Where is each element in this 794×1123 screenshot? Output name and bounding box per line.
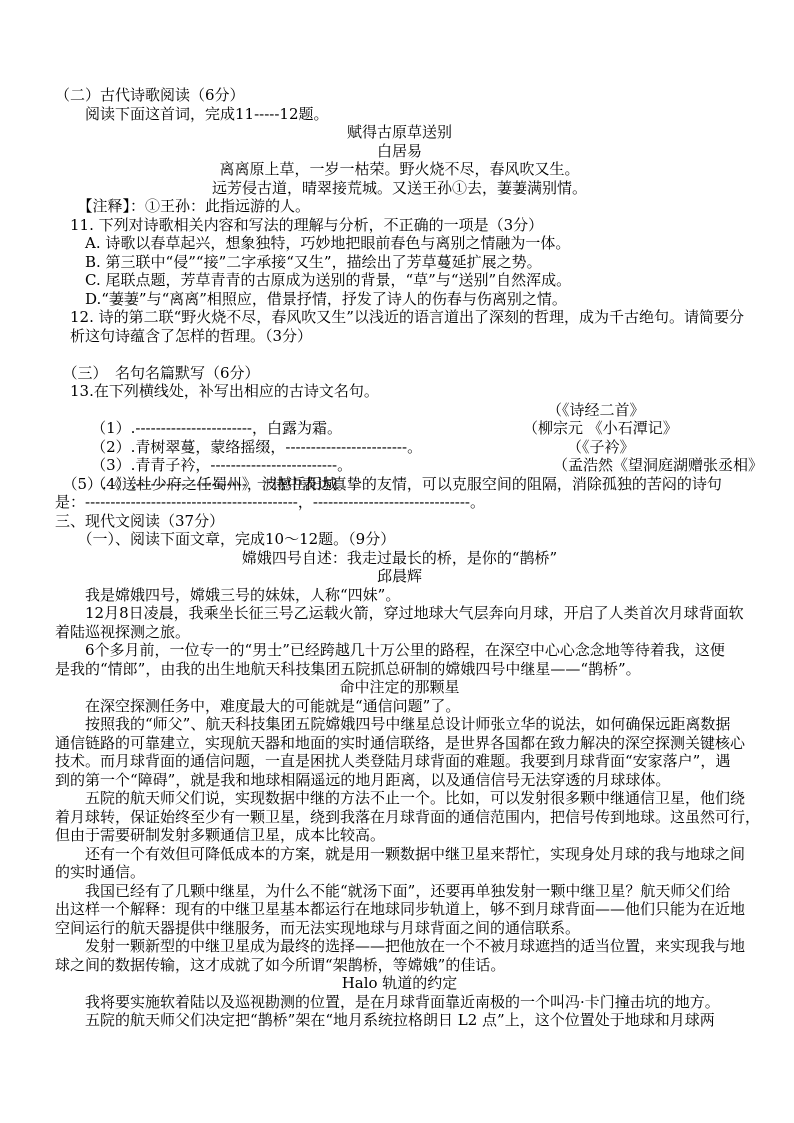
poem-note: 【注释】：①王孙：此指远游的人。	[55, 197, 744, 216]
article-line: 还有一个有效但可降低成本的方案，就是用一颗数据中继卫星来帮忙，实现身处月球的我与…	[55, 845, 744, 864]
article-line: 着陆巡视探测之旅。	[55, 623, 744, 642]
article-line: 五院的航天师父们决定把“鹊桥”架在“地月系统拉格朗日 L2 点”上，这个位置处于…	[55, 1011, 744, 1030]
article-subheading-1: 命中注定的那颗星	[55, 678, 744, 697]
article-line: 出这样一个解释：现有的中继卫星基本都运行在地球同步轨道上，够不到月球背面——他们…	[55, 900, 744, 919]
question-11-option-b: B. 第三联中“侵”“接”二字承接“又生”，描绘出了芳草蔓延扩展之势。	[55, 253, 744, 272]
article-line: 按照我的“师父”、航天科技集团五院嫦娥四号中继星总设计师张立华的说法，如何确保远…	[55, 715, 744, 734]
article-line: 通信链路的可靠建立，实现航天器和地面的实时通信联络，是世界各国都在致力解决的深空…	[55, 734, 744, 753]
article-line: 五院的航天师父们说，实现数据中继的方法不止一个。比如，可以发射很多颗中继通信卫星…	[55, 789, 744, 808]
question-11-option-a: A. 诗歌以春草起兴，想象独特，巧妙地把眼前春色与离别之情融为一体。	[55, 234, 744, 253]
article-line: 空间运行的航天器提供中继服务，而无法实现地球与月球背面之间的通信联系。	[55, 919, 744, 938]
poetry-instruction: 阅读下面这首词，完成11-----12题。	[55, 105, 744, 124]
question-11: 11. 下列对诗歌相关内容和写法的理解与分析，不正确的一项是（3分）	[55, 216, 744, 235]
question-11-option-c: C. 尾联点题，芳草青青的古原成为送别的背景，“草”与“送别”自然浑成。	[55, 271, 744, 290]
article-line: 是我的“情郎”，由我的出生地航天科技集团五院抓总研制的嫦娥四号中继星——“鹊桥”…	[55, 660, 744, 679]
dictation-source: （柳宗元 《小石潭记》	[523, 419, 678, 438]
dictation-item-4: （4）.----------------------，波撼岳阳城。 （孟浩然《望…	[55, 456, 744, 475]
article-title: 嫦娥四号自述：我走过最长的桥，是你的“鹊桥”	[55, 549, 744, 568]
poem-title: 赋得古原草送别	[55, 123, 744, 142]
poem-line: 远芳侵古道，晴翠接荒城。又送王孙①去，萋萋满别情。	[55, 179, 744, 198]
section-heading-dictation: （三） 名句名篇默写（6分）	[55, 364, 744, 383]
poem-line: 离离原上草，一岁一枯荣。野火烧不尽，春风吹又生。	[55, 160, 744, 179]
section-heading-modern-reading: 三、现代文阅读（37分）	[55, 512, 744, 531]
article-line: 着月球转，保证始终至少有一颗卫星，绕到我落在月球背面的通信范围内，把信号传到地球…	[55, 808, 744, 827]
dictation-item-2: （2）.青树翠蔓，蒙络摇缀，------------------------。 …	[55, 419, 744, 438]
question-12-line-1: 12. 诗的第二联“野火烧不尽，春风吹又生”以浅近的语言道出了深刻的哲理，成为千…	[55, 308, 744, 327]
article-line: 我国已经有了几颗中继星，为什么不能“就汤下面”，还要再单独发射一颗中继卫星？航天…	[55, 882, 744, 901]
article-line: 到的第一个“障碍”，就是我和地球相隔遥远的地月距离，以及通信信号无法穿透的月球球…	[55, 771, 744, 790]
dictation-source: （孟浩然《望洞庭湖赠张丞相》	[553, 456, 763, 475]
article-line: 球之间的数据传输，这才成就了如今所谓“架鹊桥，等嫦娥”的佳话。	[55, 956, 744, 975]
article-line: 12月8日凌晨，我乘坐长征三号乙运载火箭，穿过地球大气层奔向月球，开启了人类首次…	[55, 604, 744, 623]
article-line: 发射一颗新型的中继卫星成为最终的选择——把他放在一个不被月球遮挡的适当位置，来实…	[55, 937, 744, 956]
reading-instruction: （一）、阅读下面文章，完成10～12题。（9分）	[55, 530, 744, 549]
dictation-item-5-line-2: 是：--------------------------------------…	[55, 493, 744, 512]
article-line: 但由于需要研制发射多颗通信卫星，成本比较高。	[55, 826, 744, 845]
dictation-source: （《诗经二首》	[547, 401, 645, 420]
article-line: 我将要实施软着陆以及巡视勘测的位置，是在月球背面靠近南极的一个叫冯·卡门撞击坑的…	[55, 993, 744, 1012]
dictation-source: （《子衿》	[567, 438, 635, 457]
poem-author: 白居易	[55, 142, 744, 161]
article-line: 我是嫦娥四号，嫦娥三号的妹妹，人称“四妹”。	[55, 586, 744, 605]
article-line: 技术。而月球背面的通信问题，一直是困扰人类登陆月球背面的难题。我要到月球背面“安…	[55, 752, 744, 771]
article-author: 邱晨辉	[55, 567, 744, 586]
section-heading-ancient-poetry: （二）古代诗歌阅读（6分）	[55, 86, 744, 105]
article-line: 6个多月前，一位专一的“男士”已经跨越几十万公里的路程，在深空中心心念念地等待着…	[55, 641, 744, 660]
dictation-item-3: （3）.青青子衿，-------------------------。 （《子衿…	[55, 438, 744, 457]
dictation-item-1: （1）.-----------------------，白露为霜。 （《诗经二首…	[55, 401, 744, 420]
dictation-item-5-line-1: （5）.《送杜少府之任蜀州》一诗中表达真挚的友情，可以克服空间的阻隔，消除孤独的…	[55, 475, 744, 494]
question-13: 13.在下列横线处，补写出相应的古诗文名句。	[55, 382, 744, 401]
document-page: （二）古代诗歌阅读（6分） 阅读下面这首词，完成11-----12题。 赋得古原…	[0, 0, 794, 1123]
blank-line	[55, 345, 744, 364]
question-11-option-d: D.“萋萋”与“离离”相照应，借景抒情，抒发了诗人的伤春与伤离别之情。	[55, 290, 744, 309]
article-line: 的实时通信。	[55, 863, 744, 882]
article-line: 在深空探测任务中，难度最大的可能就是“通信问题”了。	[55, 697, 744, 716]
document-content: （二）古代诗歌阅读（6分） 阅读下面这首词，完成11-----12题。 赋得古原…	[55, 86, 744, 1030]
article-subheading-2: Halo 轨道的约定	[55, 974, 744, 993]
question-12-line-2: 析这句诗蕴含了怎样的哲理。（3分）	[55, 327, 744, 346]
